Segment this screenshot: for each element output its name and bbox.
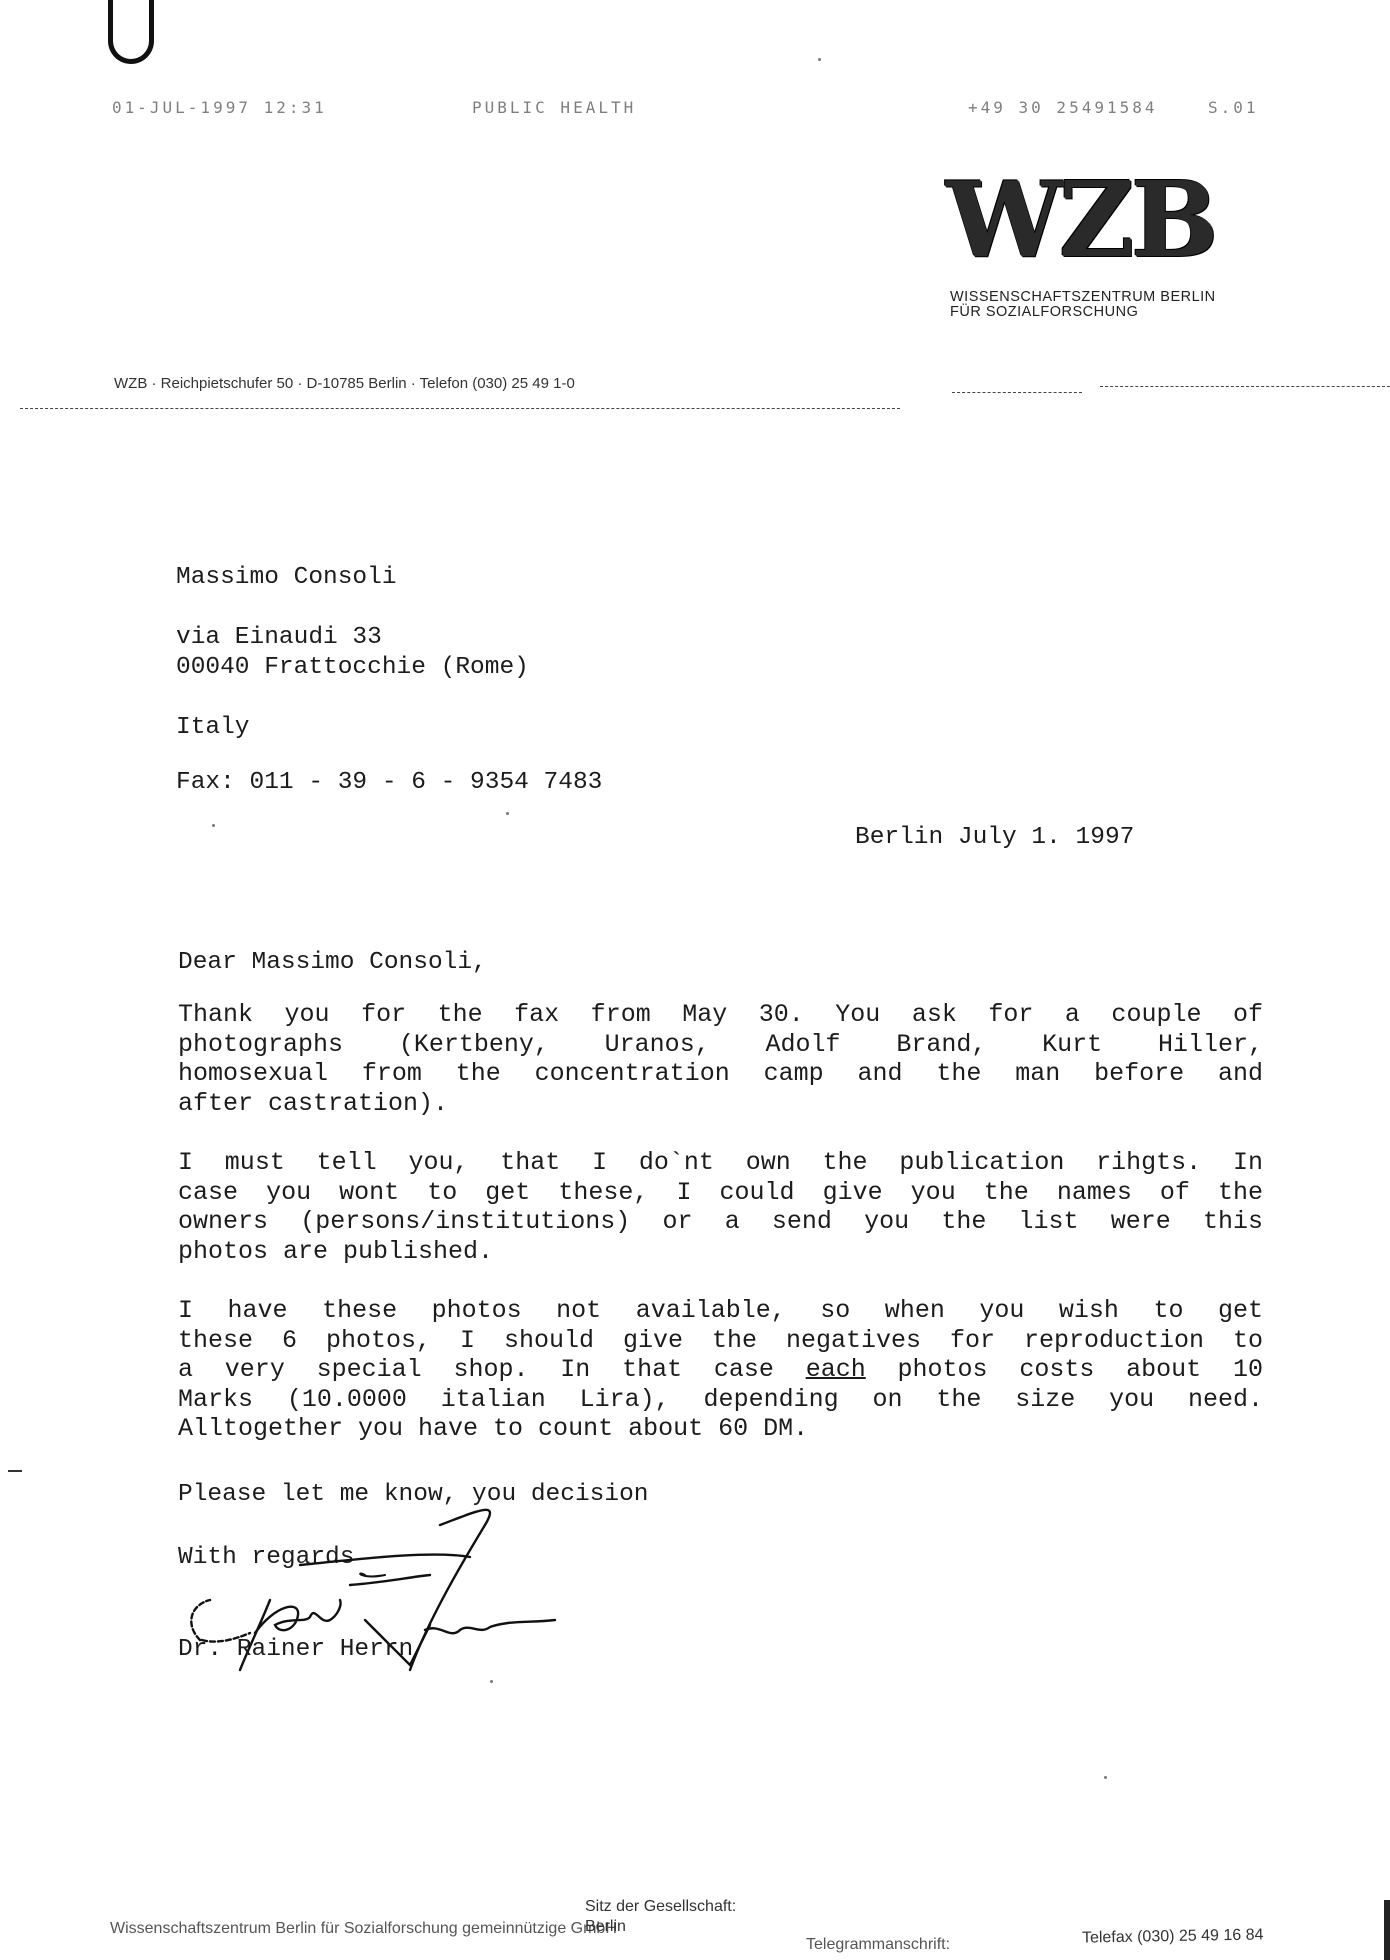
fax-sender-id: PUBLIC HEALTH xyxy=(472,98,636,117)
fax-datetime: 01-JUL-1997 12:31 xyxy=(112,98,327,117)
underlined-word: each xyxy=(806,1355,866,1384)
margin-mark xyxy=(8,1470,22,1472)
footer-telefax: Telefax (030) 25 49 16 84 xyxy=(1082,1926,1264,1947)
letter-date: Berlin July 1. 1997 xyxy=(855,824,1134,851)
footer-company: Wissenschaftszentrum Berlin für Sozialfo… xyxy=(110,1920,617,1938)
scan-speck xyxy=(506,812,509,815)
body-line: these 6 photos, I should give the negati… xyxy=(178,1326,1263,1356)
org-name-line1: WISSENSCHAFTSZENTRUM BERLIN xyxy=(950,290,1216,305)
body-paragraph-3: I have these photos not available, so wh… xyxy=(178,1296,1263,1444)
header-rule-mid xyxy=(952,392,1082,393)
recipient-name: Massimo Consoli xyxy=(176,564,397,591)
body-line: I have these photos not available, so wh… xyxy=(178,1296,1263,1326)
body-line: homosexual from the concentration camp a… xyxy=(178,1059,1263,1089)
scan-speck xyxy=(490,1680,493,1683)
sender-address-line: WZB · Reichpietschufer 50 · D-10785 Berl… xyxy=(114,375,575,392)
footer-seat-label: Sitz der Gesellschaft: xyxy=(585,1898,736,1916)
body-text: a very special shop. In that case xyxy=(178,1355,806,1384)
org-name-line2: FÜR SOZIALFORSCHUNG xyxy=(950,305,1216,320)
body-line: photos are published. xyxy=(178,1237,1263,1267)
recipient-street: via Einaudi 33 xyxy=(176,624,382,651)
footer-telegram-label: Telegrammanschrift: xyxy=(806,1936,950,1954)
scan-speck xyxy=(1104,1776,1107,1779)
org-name: WISSENSCHAFTSZENTRUM BERLIN FÜR SOZIALFO… xyxy=(950,290,1216,320)
scan-edge xyxy=(1384,1900,1390,1960)
body-paragraph-2: I must tell you, that I do`nt own the pu… xyxy=(178,1148,1263,1266)
body-line: Marks (10.0000 italian Lira), depending … xyxy=(178,1385,1263,1415)
body-line: I must tell you, that I do`nt own the pu… xyxy=(178,1148,1263,1178)
recipient-country: Italy xyxy=(176,714,250,741)
body-line: after castration). xyxy=(178,1089,1263,1119)
salutation: Dear Massimo Consoli, xyxy=(178,949,487,976)
body-line: photographs (Kertbeny, Uranos, Adolf Bra… xyxy=(178,1030,1263,1060)
scan-speck xyxy=(212,824,215,827)
logo-text: WZB xyxy=(946,168,1228,272)
fax-page: S.01 xyxy=(1208,98,1259,117)
header-rule-right xyxy=(1100,386,1390,387)
recipient-fax: Fax: 011 - 39 - 6 - 9354 7483 xyxy=(176,769,602,796)
fax-phone: +49 30 25491584 xyxy=(968,98,1158,117)
body-line: Thank you for the fax from May 30. You a… xyxy=(178,1000,1263,1030)
body-line: owners (persons/institutions) or a send … xyxy=(178,1207,1263,1237)
body-line-with-underline: a very special shop. In that case each p… xyxy=(178,1355,1263,1385)
body-line: case you wont to get these, I could give… xyxy=(178,1178,1263,1208)
body-line: Alltogether you have to count about 60 D… xyxy=(178,1414,1263,1444)
closing-request: Please let me know, you decision xyxy=(178,1481,648,1508)
signatory-name: Dr. Rainer Herrn xyxy=(178,1636,413,1663)
body-paragraph-1: Thank you for the fax from May 30. You a… xyxy=(178,1000,1263,1118)
wzb-logo: WZB xyxy=(946,168,1228,278)
footer-seat-value: Berlin xyxy=(585,1918,626,1936)
body-text: photos costs about 10 xyxy=(866,1355,1263,1384)
recipient-city: 00040 Frattocchie (Rome) xyxy=(176,654,529,681)
scan-speck xyxy=(818,58,821,61)
header-rule-left xyxy=(20,408,900,409)
handwritten-u-mark xyxy=(108,0,154,64)
